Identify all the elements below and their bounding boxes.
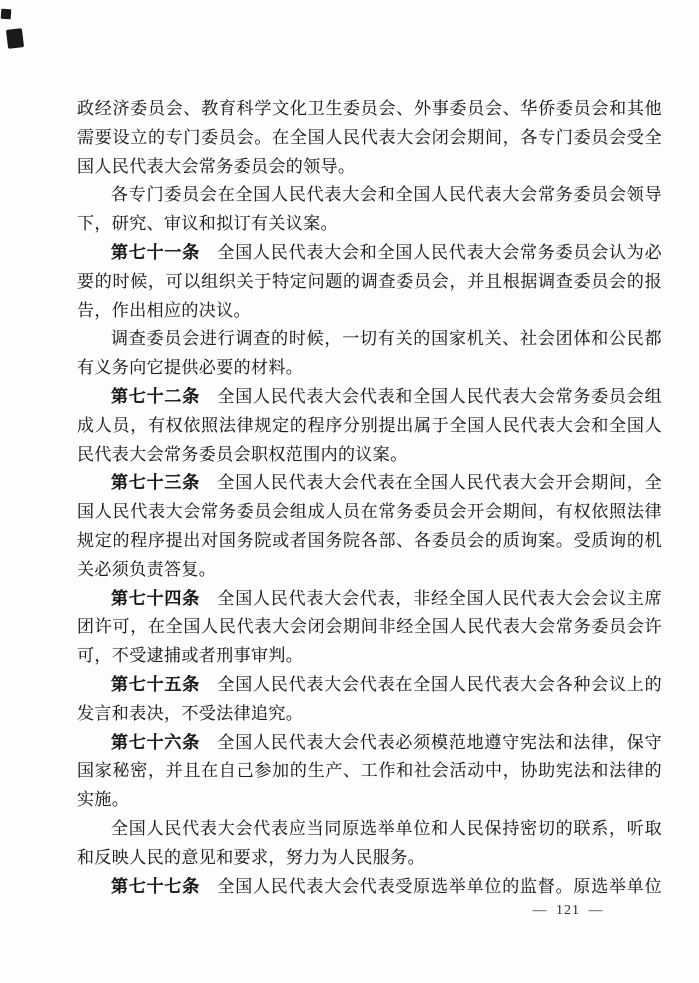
text-line: 实施。 <box>77 786 662 815</box>
document-body: 政经济委员会、教育科学文化卫生委员会、外事委员会、华侨委员会和其他需要设立的专门… <box>77 95 662 901</box>
article-number: 第七十七条 <box>111 877 200 896</box>
article-number: 第七十一条 <box>111 243 200 262</box>
text-line: 第七十一条全国人民代表大会和全国人民代表大会常务委员会认为必 <box>77 239 662 268</box>
text-line: 民代表大会常务委员会职权范围内的议案。 <box>77 441 662 470</box>
line-text: 全国人民代表大会代表受原选举单位的监督。原选举单位 <box>217 877 662 896</box>
text-line: 政经济委员会、教育科学文化卫生委员会、外事委员会、华侨委员会和其他 <box>77 95 662 124</box>
line-text: 全国人民代表大会代表必须模范地遵守宪法和法律，保守 <box>217 733 662 752</box>
line-text: 全国人民代表大会代表，非经全国人民代表大会会议主席 <box>217 589 662 608</box>
line-text: 全国人民代表大会代表和全国人民代表大会常务委员会组 <box>217 387 662 406</box>
text-line: 告，作出相应的决议。 <box>77 297 662 326</box>
text-line: 需要设立的专门委员会。在全国人民代表大会闭会期间，各专门委员会受全 <box>77 124 662 153</box>
text-line: 第七十六条全国人民代表大会代表必须模范地遵守宪法和法律，保守 <box>77 729 662 758</box>
text-line: 国家秘密，并且在自己参加的生产、工作和社会活动中，协助宪法和法律的 <box>77 757 662 786</box>
text-line: 国人民代表大会常务委员会的领导。 <box>77 153 662 182</box>
article-number: 第七十五条 <box>111 675 200 694</box>
scanned-page: 政经济委员会、教育科学文化卫生委员会、外事委员会、华侨委员会和其他需要设立的专门… <box>0 0 699 983</box>
text-line: 第七十四条全国人民代表大会代表，非经全国人民代表大会会议主席 <box>77 585 662 614</box>
text-line: 可，不受逮捕或者刑事审判。 <box>77 642 662 671</box>
text-line: 关必须负责答复。 <box>77 556 662 585</box>
text-line: 第七十七条全国人民代表大会代表受原选举单位的监督。原选举单位 <box>77 873 662 902</box>
text-line: 各专门委员会在全国人民代表大会和全国人民代表大会常务委员会领导 <box>77 181 662 210</box>
text-line: 团许可，在全国人民代表大会闭会期间非经全国人民代表大会常务委员会许 <box>77 613 662 642</box>
article-number: 第七十四条 <box>111 589 200 608</box>
line-text: 全国人民代表大会代表在全国人民代表大会各种会议上的 <box>217 675 662 694</box>
article-number: 第七十六条 <box>111 733 200 752</box>
text-line: 第七十二条全国人民代表大会代表和全国人民代表大会常务委员会组 <box>77 383 662 412</box>
article-number: 第七十二条 <box>111 387 200 406</box>
line-text: 全国人民代表大会和全国人民代表大会常务委员会认为必 <box>217 243 662 262</box>
text-line: 国人民代表大会常务委员会组成人员在常务委员会开会期间，有权依照法律 <box>77 498 662 527</box>
text-line: 下，研究、审议和拟订有关议案。 <box>77 210 662 239</box>
article-number: 第七十三条 <box>111 473 200 492</box>
text-line: 第七十五条全国人民代表大会代表在全国人民代表大会各种会议上的 <box>77 671 662 700</box>
text-line: 发言和表决，不受法律追究。 <box>77 700 662 729</box>
text-line: 要的时候，可以组织关于特定问题的调查委员会，并且根据调查委员会的报 <box>77 268 662 297</box>
text-line: 规定的程序提出对国务院或者国务院各部、各委员会的质询案。受质询的机 <box>77 527 662 556</box>
text-line: 全国人民代表大会代表应当同原选举单位和人民保持密切的联系，听取 <box>77 815 662 844</box>
page-number: — 121 — <box>528 903 608 919</box>
line-text: 全国人民代表大会代表在全国人民代表大会开会期间，全 <box>217 473 662 492</box>
text-line: 成人员，有权依照法律规定的程序分别提出属于全国人民代表大会和全国人 <box>77 412 662 441</box>
scan-artifact <box>1 9 12 20</box>
scan-artifact <box>6 28 24 49</box>
text-line: 和反映人民的意见和要求，努力为人民服务。 <box>77 844 662 873</box>
text-line: 调查委员会进行调查的时候，一切有关的国家机关、社会团体和公民都 <box>77 325 662 354</box>
text-line: 第七十三条全国人民代表大会代表在全国人民代表大会开会期间，全 <box>77 469 662 498</box>
text-line: 有义务向它提供必要的材料。 <box>77 354 662 383</box>
